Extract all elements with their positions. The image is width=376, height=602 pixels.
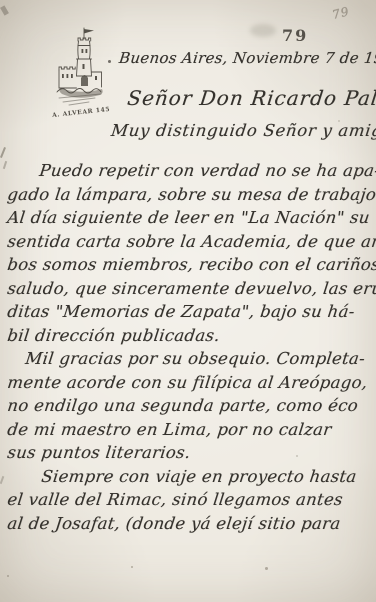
handwritten-line: no endilgo una segunda parte, como éco	[6, 394, 376, 418]
dateline: Buenos Aires, Noviembre 7 de 1904.	[118, 49, 376, 67]
castle-engraving-icon	[55, 26, 107, 108]
paragraph-3: Siempre con viaje en proyecto hasta el v…	[6, 465, 374, 536]
handwritten-line: Al día siguiente de leer en "La Nación" …	[6, 206, 376, 230]
handwritten-line: ditas "Memorias de Zapata", bajo su há-	[6, 300, 376, 324]
letter-page: 79 79	[0, 0, 376, 602]
paper-speck	[7, 575, 9, 577]
stamped-page-number: 79	[282, 26, 308, 45]
paper-speck	[265, 567, 268, 570]
handwritten-line: bos somos miembros, recibo con el cariño…	[6, 253, 376, 277]
handwritten-line: saludo, que sinceramente devuelvo, las e…	[6, 277, 376, 301]
handwritten-line: Puedo repetir con verdad no se ha apa-	[6, 159, 376, 183]
margin-pencil-mark	[0, 5, 9, 15]
handwritten-line: sus puntos literarios.	[6, 441, 376, 465]
handwritten-line: Siempre con viaje en proyecto hasta	[6, 465, 376, 489]
ink-dot	[108, 60, 111, 63]
paragraph-1: Puedo repetir con verdad no se ha apa- g…	[6, 159, 374, 347]
letterhead: A. ALVEAR 145	[52, 26, 110, 116]
pencil-page-number: 79	[331, 4, 351, 22]
letter-body: Puedo repetir con verdad no se ha apa- g…	[6, 159, 374, 535]
paper-speck	[338, 120, 340, 122]
paper-speck	[296, 455, 298, 457]
margin-pencil-mark	[0, 147, 6, 158]
handwritten-line: al de Josafat, (donde yá elejí sitio par…	[6, 512, 376, 536]
handwritten-line: gado la lámpara, sobre su mesa de trabaj…	[6, 183, 376, 207]
handwritten-line: de mi maestro en Lima, por no calzar	[6, 418, 376, 442]
handwritten-line: el valle del Rimac, sinó llegamos antes	[6, 488, 376, 512]
paper-speck	[131, 566, 133, 568]
handwritten-line: sentida carta sobre la Academia, de que …	[6, 230, 376, 254]
salutation-line: Muy distinguido Señor y amigo	[110, 121, 376, 140]
handwritten-line: Mil gracias por su obsequio. Completa-	[6, 347, 376, 371]
margin-pencil-mark	[0, 476, 4, 484]
pencil-smudge	[250, 24, 276, 37]
handwritten-line: mente acorde con su filípica al Areópago…	[6, 371, 376, 395]
recipient-line: Señor Don Ricardo Palma	[126, 86, 376, 110]
paragraph-2: Mil gracias por su obsequio. Completa- m…	[6, 347, 374, 465]
handwritten-line: bil dirección publicadas.	[6, 324, 376, 348]
